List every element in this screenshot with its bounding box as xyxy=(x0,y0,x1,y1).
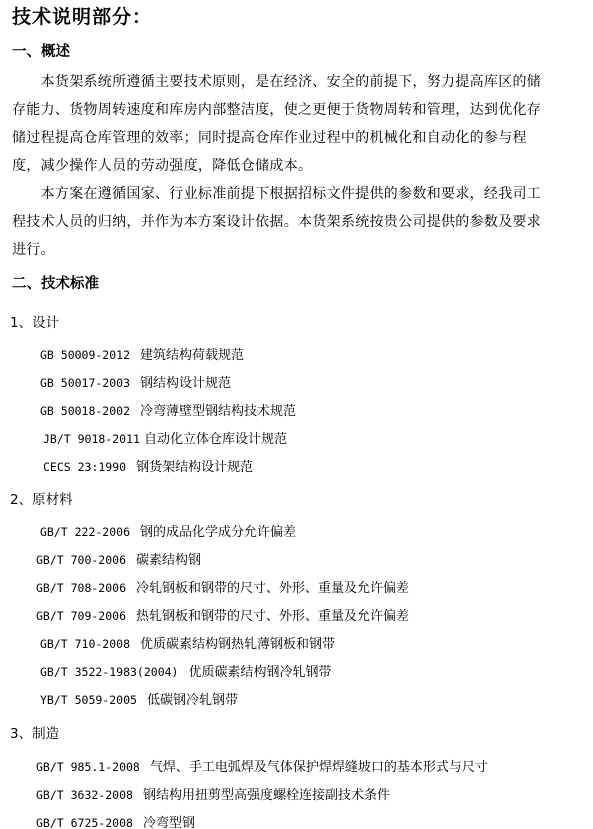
text-line: 本货架系统所遵循主要技术原则，是在经济、安全的前提下，努力提高库区的储 xyxy=(12,68,541,96)
standard-code: GB/T 985.1-2008 xyxy=(36,760,140,774)
text-line: 进行。 xyxy=(12,236,55,264)
standard-code: CECS 23:1990 xyxy=(43,460,126,474)
text-line: 度，减少操作人员的劳动强度，降低仓储成本。 xyxy=(12,152,312,180)
standard-item: GB/T 710-2008优质碳素结构钢热轧薄钢板和钢带 xyxy=(40,633,335,652)
standard-code: GB/T 708-2006 xyxy=(36,581,126,595)
text-line: 本方案在遵循国家、行业标准前提下根据招标文件提供的参数和要求，经我司工 xyxy=(12,180,541,208)
standard-name: 钢结构设计规范 xyxy=(140,376,231,391)
standard-code: GB 50018-2002 xyxy=(40,404,130,418)
section-heading-standards: 二、技术标准 xyxy=(12,272,99,293)
standard-code: GB/T 710-2008 xyxy=(40,637,130,651)
standard-item: JB/T 9018-2011自动化立体仓库设计规范 xyxy=(43,428,287,447)
standard-item: GB 50017-2003钢结构设计规范 xyxy=(40,372,231,391)
group-label-manufacturing: 3、制造 xyxy=(10,722,59,742)
standard-name: 热轧钢板和钢带的尺寸、外形、重量及允许偏差 xyxy=(136,609,409,624)
standard-name: 气焊、手工电弧焊及气体保护焊焊缝坡口的基本形式与尺寸 xyxy=(150,760,488,775)
group-label-raw-materials: 2、原材料 xyxy=(10,488,73,508)
standard-name: 钢货架结构设计规范 xyxy=(136,460,253,475)
standard-code: GB/T 3632-2008 xyxy=(36,788,133,802)
standard-code: GB 50009-2012 xyxy=(40,348,130,362)
standard-name: 碳素结构钢 xyxy=(136,553,201,568)
standard-item: GB/T 708-2006冷轧钢板和钢带的尺寸、外形、重量及允许偏差 xyxy=(36,577,409,596)
standard-item: GB 50018-2002冷弯薄壁型钢结构技术规范 xyxy=(40,400,296,419)
standard-name: 建筑结构荷载规范 xyxy=(140,348,244,363)
standard-item: GB/T 3632-2008钢结构用扭剪型高强度螺栓连接副技术条件 xyxy=(36,784,390,803)
standard-code: GB 50017-2003 xyxy=(40,376,130,390)
group-label-design: 1、设计 xyxy=(10,311,59,331)
standard-name: 自动化立体仓库设计规范 xyxy=(144,432,287,447)
standard-item: YB/T 5059-2005低碳钢冷轧钢带 xyxy=(40,689,238,708)
standard-item: GB/T 709-2006热轧钢板和钢带的尺寸、外形、重量及允许偏差 xyxy=(36,605,409,624)
section-heading-overview: 一、概述 xyxy=(12,40,70,61)
standard-code: GB/T 3522-1983(2004) xyxy=(40,665,178,679)
standard-item: CECS 23:1990钢货架结构设计规范 xyxy=(43,456,253,475)
standard-name: 钢的成品化学成分允许偏差 xyxy=(140,525,296,540)
standard-name: 冷弯型钢 xyxy=(143,816,195,829)
standard-item: GB/T 3522-1983(2004)优质碳素结构钢冷轧钢带 xyxy=(40,661,332,680)
standard-name: 优质碳素结构钢冷轧钢带 xyxy=(188,665,331,680)
standard-name: 冷弯薄壁型钢结构技术规范 xyxy=(140,404,296,419)
standard-item: GB/T 222-2006钢的成品化学成分允许偏差 xyxy=(40,521,296,540)
standard-item: GB/T 985.1-2008气焊、手工电弧焊及气体保护焊焊缝坡口的基本形式与尺… xyxy=(36,756,488,775)
text-line: 存能力、货物周转速度和库房内部整洁度，使之更便于货物周转和管理，达到优化存 xyxy=(12,96,541,124)
standard-item: GB/T 700-2006碳素结构钢 xyxy=(36,549,201,568)
standard-code: GB/T 222-2006 xyxy=(40,525,130,539)
text-line: 储过程提高仓库管理的效率；同时提高仓库作业过程中的机械化和自动化的参与程 xyxy=(12,124,527,152)
standard-code: YB/T 5059-2005 xyxy=(40,693,137,707)
standard-code: GB/T 709-2006 xyxy=(36,609,126,623)
standard-code: GB/T 6725-2008 xyxy=(36,816,133,829)
text-line: 程技术人员的归纳，并作为本方案设计依据。本货架系统按贵公司提供的参数及要求 xyxy=(12,208,541,236)
standard-code: JB/T 9018-2011 xyxy=(43,432,140,446)
standard-code: GB/T 700-2006 xyxy=(36,553,126,567)
standard-name: 优质碳素结构钢热轧薄钢板和钢带 xyxy=(140,637,335,652)
standard-name: 低碳钢冷轧钢带 xyxy=(147,693,238,708)
standard-item: GB/T 6725-2008冷弯型钢 xyxy=(36,812,195,829)
standard-name: 冷轧钢板和钢带的尺寸、外形、重量及允许偏差 xyxy=(136,581,409,596)
page-title: 技术说明部分： xyxy=(12,2,152,29)
standard-item: GB 50009-2012建筑结构荷载规范 xyxy=(40,344,244,363)
standard-name: 钢结构用扭剪型高强度螺栓连接副技术条件 xyxy=(143,788,390,803)
